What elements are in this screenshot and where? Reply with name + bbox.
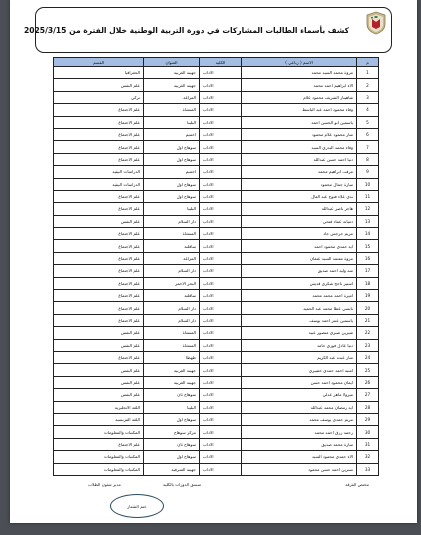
college-cell: الاداب xyxy=(200,426,242,438)
department-cell: علم الاجتماع xyxy=(54,228,144,240)
college-cell: الاداب xyxy=(200,451,242,463)
row-number-cell: 19 xyxy=(357,290,379,302)
row-number-cell: 11 xyxy=(357,190,379,202)
stamp-ellipse: ختم الشعار xyxy=(110,494,164,518)
department-cell: اللغة الفرنسية xyxy=(54,413,144,425)
table-row: 11ندي علاء فتوح عبد العالالادابسوهاج اول… xyxy=(54,190,379,202)
table-row: 33نسرين احمد حسن محمودالادابجهينة الشرقي… xyxy=(54,463,379,475)
row-number-cell: 15 xyxy=(357,240,379,252)
signature-courses-coordinator: منسق الدورات بالكلية xyxy=(163,482,201,487)
table-row: 3شاهيناز الشريف محمود علامالادابالمراغةت… xyxy=(54,91,379,103)
student-name-cell: شيرين صبري منصور عبيد xyxy=(242,327,357,339)
department-cell: علم الاجتماع xyxy=(54,302,144,314)
college-cell: الاداب xyxy=(200,265,242,277)
row-number-cell: 14 xyxy=(357,228,379,240)
student-name-cell: منار عبده عبد الكريم xyxy=(242,351,357,363)
college-cell: الاداب xyxy=(200,327,242,339)
row-number-cell: 22 xyxy=(357,327,379,339)
college-cell: الاداب xyxy=(200,351,242,363)
table-body: 1مروة محمد السيد محمدالادابجهينه الغربية… xyxy=(54,67,379,476)
table-row: 18استير ناجح شكري قديسالادابالبحر الاحمر… xyxy=(54,277,379,289)
department-cell: الدراسات البيئية xyxy=(54,178,144,190)
student-name-cell: ايه حمدي محمود احمد xyxy=(242,240,357,252)
student-name-cell: سارة محمد صديق xyxy=(242,438,357,450)
address-cell: ساقلتة xyxy=(144,290,200,302)
department-cell: علم الاجتماع xyxy=(54,190,144,202)
table-row: 9مرفت ابراهيم محمدالاداباخميمالدراسات ال… xyxy=(54,166,379,178)
address-cell: المراغة xyxy=(144,252,200,264)
college-cell: الاداب xyxy=(200,413,242,425)
table-row: 31سارة محمد صديقالادابسوهاج ثانعلم الاجت… xyxy=(54,438,379,450)
address-cell: دار السلام xyxy=(144,215,200,227)
row-number-cell: 18 xyxy=(357,277,379,289)
row-number-cell: 23 xyxy=(357,339,379,351)
department-cell: علم الاجتماع xyxy=(54,116,144,128)
student-name-cell: مرفت ابراهيم محمد xyxy=(242,166,357,178)
address-cell: طهطا xyxy=(144,351,200,363)
address-cell: البلينا xyxy=(144,203,200,215)
row-number-cell: 3 xyxy=(357,91,379,103)
department-cell: تركي xyxy=(54,91,144,103)
row-number-cell: 26 xyxy=(357,376,379,388)
column-header-department: القسم xyxy=(54,58,144,67)
student-name-cell: دنيا احمد حسن عبدالله xyxy=(242,153,357,165)
department-cell: علم الاجتماع xyxy=(54,314,144,326)
college-cell: الاداب xyxy=(200,104,242,116)
student-name-cell: منار محمود علام محمود xyxy=(242,128,357,140)
table-row: 21ياسمين عنتر احمد يوسفالادابدار السلامع… xyxy=(54,314,379,326)
address-cell: المنشاة xyxy=(144,228,200,240)
department-cell: علم الاجتماع xyxy=(54,438,144,450)
row-number-cell: 4 xyxy=(357,104,379,116)
table-row: 29مريم حمدي يوسف محمدالادابسوهاج اولاللغ… xyxy=(54,413,379,425)
college-cell: الاداب xyxy=(200,376,242,388)
student-name-cell: الاء ابراهيم احمد محمد xyxy=(242,79,357,91)
table-row: 1مروة محمد السيد محمدالادابجهينه الغربية… xyxy=(54,67,379,79)
student-name-cell: شاهيناز الشريف محمود علام xyxy=(242,91,357,103)
student-name-cell: ميرولا ماهر عدلي xyxy=(242,389,357,401)
title-box: كشف بأسماء الطالبات المشاركات في دورة ال… xyxy=(35,7,392,53)
row-number-cell: 29 xyxy=(357,413,379,425)
address-cell: سوهاج اول xyxy=(144,153,200,165)
address-cell: سوهاج ثان xyxy=(144,389,200,401)
signature-student-affairs-director: مدير شئون الطلاب xyxy=(88,482,121,487)
address-cell: اخميم xyxy=(144,166,200,178)
row-number-cell: 28 xyxy=(357,401,379,413)
department-cell: علم النفس xyxy=(54,339,144,351)
table-row: 16مروة معتمد السيد عثمانالادابالمراغةعلم… xyxy=(54,252,379,264)
table-row: 6منار محمود علام محمودالاداباخميمعلم الا… xyxy=(54,128,379,140)
student-name-cell: ياسمين عنتر احمد يوسف xyxy=(242,314,357,326)
row-number-cell: 2 xyxy=(357,79,379,91)
department-cell: المكتبات والمعلومات xyxy=(54,426,144,438)
table-row: 2الاء ابراهيم احمد محمدالادابجهينه الغرب… xyxy=(54,79,379,91)
row-number-cell: 13 xyxy=(357,215,379,227)
university-emblem-icon xyxy=(365,11,387,35)
student-name-cell: استير ناجح شكري قديس xyxy=(242,277,357,289)
address-cell: سوهاج اول xyxy=(144,141,200,153)
college-cell: الاداب xyxy=(200,314,242,326)
department-cell: علم الاجتماع xyxy=(54,265,144,277)
table-row: 27ميرولا ماهر عدليالادابسوهاج ثانعلم الن… xyxy=(54,389,379,401)
row-number-cell: 1 xyxy=(357,67,379,79)
address-cell: اخميم xyxy=(144,128,200,140)
college-cell: الاداب xyxy=(200,401,242,413)
college-cell: الاداب xyxy=(200,203,242,215)
row-number-cell: 27 xyxy=(357,389,379,401)
student-name-cell: نسرين احمد حسن محمود xyxy=(242,463,357,475)
college-cell: الاداب xyxy=(200,215,242,227)
table-row: 8دنيا احمد حسن عبداللهالادابسوهاج اولعلم… xyxy=(54,153,379,165)
student-name-cell: مريم جرجس جاد xyxy=(242,228,357,240)
row-number-cell: 20 xyxy=(357,302,379,314)
college-cell: الاداب xyxy=(200,178,242,190)
college-cell: الاداب xyxy=(200,339,242,351)
address-cell: جهينه الغربية xyxy=(144,79,200,91)
college-cell: الاداب xyxy=(200,240,242,252)
department-cell: الدراسات البيئية xyxy=(54,166,144,178)
row-number-cell: 6 xyxy=(357,128,379,140)
student-name-cell: مروة محمد السيد محمد xyxy=(242,67,357,79)
row-number-cell: 32 xyxy=(357,451,379,463)
address-cell: المنشاة xyxy=(144,339,200,351)
address-cell: سوهاج اول xyxy=(144,451,200,463)
row-number-cell: 7 xyxy=(357,141,379,153)
row-number-cell: 12 xyxy=(357,203,379,215)
row-number-cell: 21 xyxy=(357,314,379,326)
row-number-cell: 30 xyxy=(357,426,379,438)
college-cell: الاداب xyxy=(200,389,242,401)
student-name-cell: مريم حمدي يوسف محمد xyxy=(242,413,357,425)
column-header-address: العنوان xyxy=(144,58,200,67)
student-name-cell: ياسمين ابو الحسن احمد xyxy=(242,116,357,128)
student-name-cell: وفاء محمد البدري السيد xyxy=(242,141,357,153)
department-cell: علم الاجتماع xyxy=(54,240,144,252)
address-cell: المراغة xyxy=(144,91,200,103)
department-cell: علم الاجتماع xyxy=(54,203,144,215)
row-number-cell: 16 xyxy=(357,252,379,264)
participants-table: م الاسم ( رباعي ) الكلية العنوان القسم 1… xyxy=(53,57,379,476)
table-row: 12هاجر ناصر عبداللهالادابالبليناعلم الاج… xyxy=(54,203,379,215)
department-cell: علم النفس xyxy=(54,389,144,401)
department-cell: علم الاجتماع xyxy=(54,351,144,363)
table-row: 15ايه حمدي محمود احمدالادابساقلتةعلم الا… xyxy=(54,240,379,252)
address-cell: جهينه الغربية xyxy=(144,67,200,79)
student-name-cell: الاء حمدي محمود السيد xyxy=(242,451,357,463)
department-cell: علم النفس xyxy=(54,79,144,91)
student-name-cell: ايه رمضان محمد عبدالله xyxy=(242,401,357,413)
college-cell: الاداب xyxy=(200,79,242,91)
college-cell: الاداب xyxy=(200,302,242,314)
address-cell: المنشاة xyxy=(144,104,200,116)
document-title: كشف بأسماء الطالبات المشاركات في دورة ال… xyxy=(56,26,349,35)
college-cell: الاداب xyxy=(200,463,242,475)
department-cell: المكتبات والمعلومات xyxy=(54,451,144,463)
address-cell: جهينه الغربية xyxy=(144,364,200,376)
student-name-cell: دنيا عادل فوزي حامد xyxy=(242,339,357,351)
table-row: 20نانسي عطا محمد عبد الحميدالادابدار الس… xyxy=(54,302,379,314)
table-row: 17منه وليد احمد صديقالادابدار السلامعلم … xyxy=(54,265,379,277)
row-number-cell: 24 xyxy=(357,351,379,363)
department-cell: علم الاجتماع xyxy=(54,252,144,264)
table-row: 13دميانه عماد فتحيالادابدار السلامعلم ال… xyxy=(54,215,379,227)
department-cell: المكتبات والمعلومات xyxy=(54,463,144,475)
student-name-cell: ندي علاء فتوح عبد العال xyxy=(242,190,357,202)
address-cell: سوهاج ثان xyxy=(144,438,200,450)
department-cell: علم النفس xyxy=(54,327,144,339)
row-number-cell: 17 xyxy=(357,265,379,277)
address-cell: سوهاج اول xyxy=(144,190,200,202)
table-row: 19اميرة احمد محمد محمدالادابساقلتةعلم ال… xyxy=(54,290,379,302)
college-cell: الاداب xyxy=(200,67,242,79)
table-header-row: م الاسم ( رباعي ) الكلية العنوان القسم xyxy=(54,58,379,67)
student-name-cell: نانسي عطا محمد عبد الحميد xyxy=(242,302,357,314)
department-cell: علم النفس xyxy=(54,376,144,388)
department-cell: علم النفس xyxy=(54,215,144,227)
student-name-cell: هاجر ناصر عبدالله xyxy=(242,203,357,215)
address-cell: دار السلام xyxy=(144,265,200,277)
address-cell: دار السلام xyxy=(144,314,200,326)
table-row: 4وفاء محمود احمد عبد الباسطالادابالمنشاة… xyxy=(54,104,379,116)
table-row: 25امنية احمد حمدي خضيريالادابجهينه الغرب… xyxy=(54,364,379,376)
student-name-cell: رحمه رزق احمد محمد xyxy=(242,426,357,438)
signature-room-officer: مختص الفرقة xyxy=(345,482,369,487)
department-cell: الجغرافيا xyxy=(54,67,144,79)
address-cell: مركز سوهاج xyxy=(144,426,200,438)
table-row: 14مريم جرجس جادالادابالمنشاةعلم الاجتماع xyxy=(54,228,379,240)
student-name-cell: سارة جمال محمود xyxy=(242,178,357,190)
column-header-number: م xyxy=(357,58,379,67)
college-cell: الاداب xyxy=(200,228,242,240)
department-cell: علم الاجتماع xyxy=(54,104,144,116)
college-cell: الاداب xyxy=(200,153,242,165)
table-row: 5ياسمين ابو الحسن احمدالادابالبليناعلم ا… xyxy=(54,116,379,128)
student-name-cell: دميانه عماد فتحي xyxy=(242,215,357,227)
student-name-cell: منه وليد احمد صديق xyxy=(242,265,357,277)
column-header-name: الاسم ( رباعي ) xyxy=(242,58,357,67)
row-number-cell: 8 xyxy=(357,153,379,165)
department-cell: علم النفس xyxy=(54,364,144,376)
row-number-cell: 5 xyxy=(357,116,379,128)
table-row: 22شيرين صبري منصور عبيدالادابالمنشاةعلم … xyxy=(54,327,379,339)
college-cell: الاداب xyxy=(200,277,242,289)
department-cell: علم الاجتماع xyxy=(54,128,144,140)
college-cell: الاداب xyxy=(200,91,242,103)
table-row: 23دنيا عادل فوزي حامدالادابالمنشاةعلم ال… xyxy=(54,339,379,351)
stamp-label: ختم الشعار xyxy=(127,504,146,509)
address-cell: ساقلتة xyxy=(144,240,200,252)
address-cell: المنشاة xyxy=(144,327,200,339)
table-row: 10سارة جمال محمودالادابسوهاج اولالدراسات… xyxy=(54,178,379,190)
student-name-cell: امنية احمد حمدي خضيري xyxy=(242,364,357,376)
table-row: 28ايه رمضان محمد عبداللهالادابالبليناالل… xyxy=(54,401,379,413)
row-number-cell: 33 xyxy=(357,463,379,475)
department-cell: علم الاجتماع xyxy=(54,290,144,302)
table-row: 24منار عبده عبد الكريمالادابطهطاعلم الاج… xyxy=(54,351,379,363)
address-cell: البحر الاحمر xyxy=(144,277,200,289)
address-cell: سوهاج اول xyxy=(144,413,200,425)
department-cell: علم الاجتماع xyxy=(54,277,144,289)
address-cell: دار السلام xyxy=(144,302,200,314)
department-cell: علم الاجتماع xyxy=(54,141,144,153)
student-name-cell: ايمان محمود احمد حسن xyxy=(242,376,357,388)
student-name-cell: وفاء محمود احمد عبد الباسط xyxy=(242,104,357,116)
college-cell: الاداب xyxy=(200,290,242,302)
college-cell: الاداب xyxy=(200,116,242,128)
column-header-college: الكلية xyxy=(200,58,242,67)
table-row: 32الاء حمدي محمود السيدالادابسوهاج اولال… xyxy=(54,451,379,463)
college-cell: الاداب xyxy=(200,364,242,376)
college-cell: الاداب xyxy=(200,128,242,140)
address-cell: جهينه الغربية xyxy=(144,376,200,388)
college-cell: الاداب xyxy=(200,252,242,264)
college-cell: الاداب xyxy=(200,438,242,450)
department-cell: اللغة الانجليزية xyxy=(54,401,144,413)
address-cell: جهينة الشرقية xyxy=(144,463,200,475)
table-row: 7وفاء محمد البدري السيدالادابسوهاج اولعل… xyxy=(54,141,379,153)
row-number-cell: 10 xyxy=(357,178,379,190)
student-name-cell: اميرة احمد محمد محمد xyxy=(242,290,357,302)
address-cell: البلينا xyxy=(144,116,200,128)
table-row: 26ايمان محمود احمد حسنالادابجهينه الغربي… xyxy=(54,376,379,388)
row-number-cell: 31 xyxy=(357,438,379,450)
document-page: كشف بأسماء الطالبات المشاركات في دورة ال… xyxy=(10,0,417,523)
address-cell: البلينا xyxy=(144,401,200,413)
address-cell: سوهاج اول xyxy=(144,178,200,190)
student-name-cell: مروة معتمد السيد عثمان xyxy=(242,252,357,264)
college-cell: الاداب xyxy=(200,190,242,202)
table-row: 30رحمه رزق احمد محمدالادابمركز سوهاجالمك… xyxy=(54,426,379,438)
row-number-cell: 9 xyxy=(357,166,379,178)
department-cell: علم الاجتماع xyxy=(54,153,144,165)
college-cell: الاداب xyxy=(200,166,242,178)
college-cell: الاداب xyxy=(200,141,242,153)
row-number-cell: 25 xyxy=(357,364,379,376)
